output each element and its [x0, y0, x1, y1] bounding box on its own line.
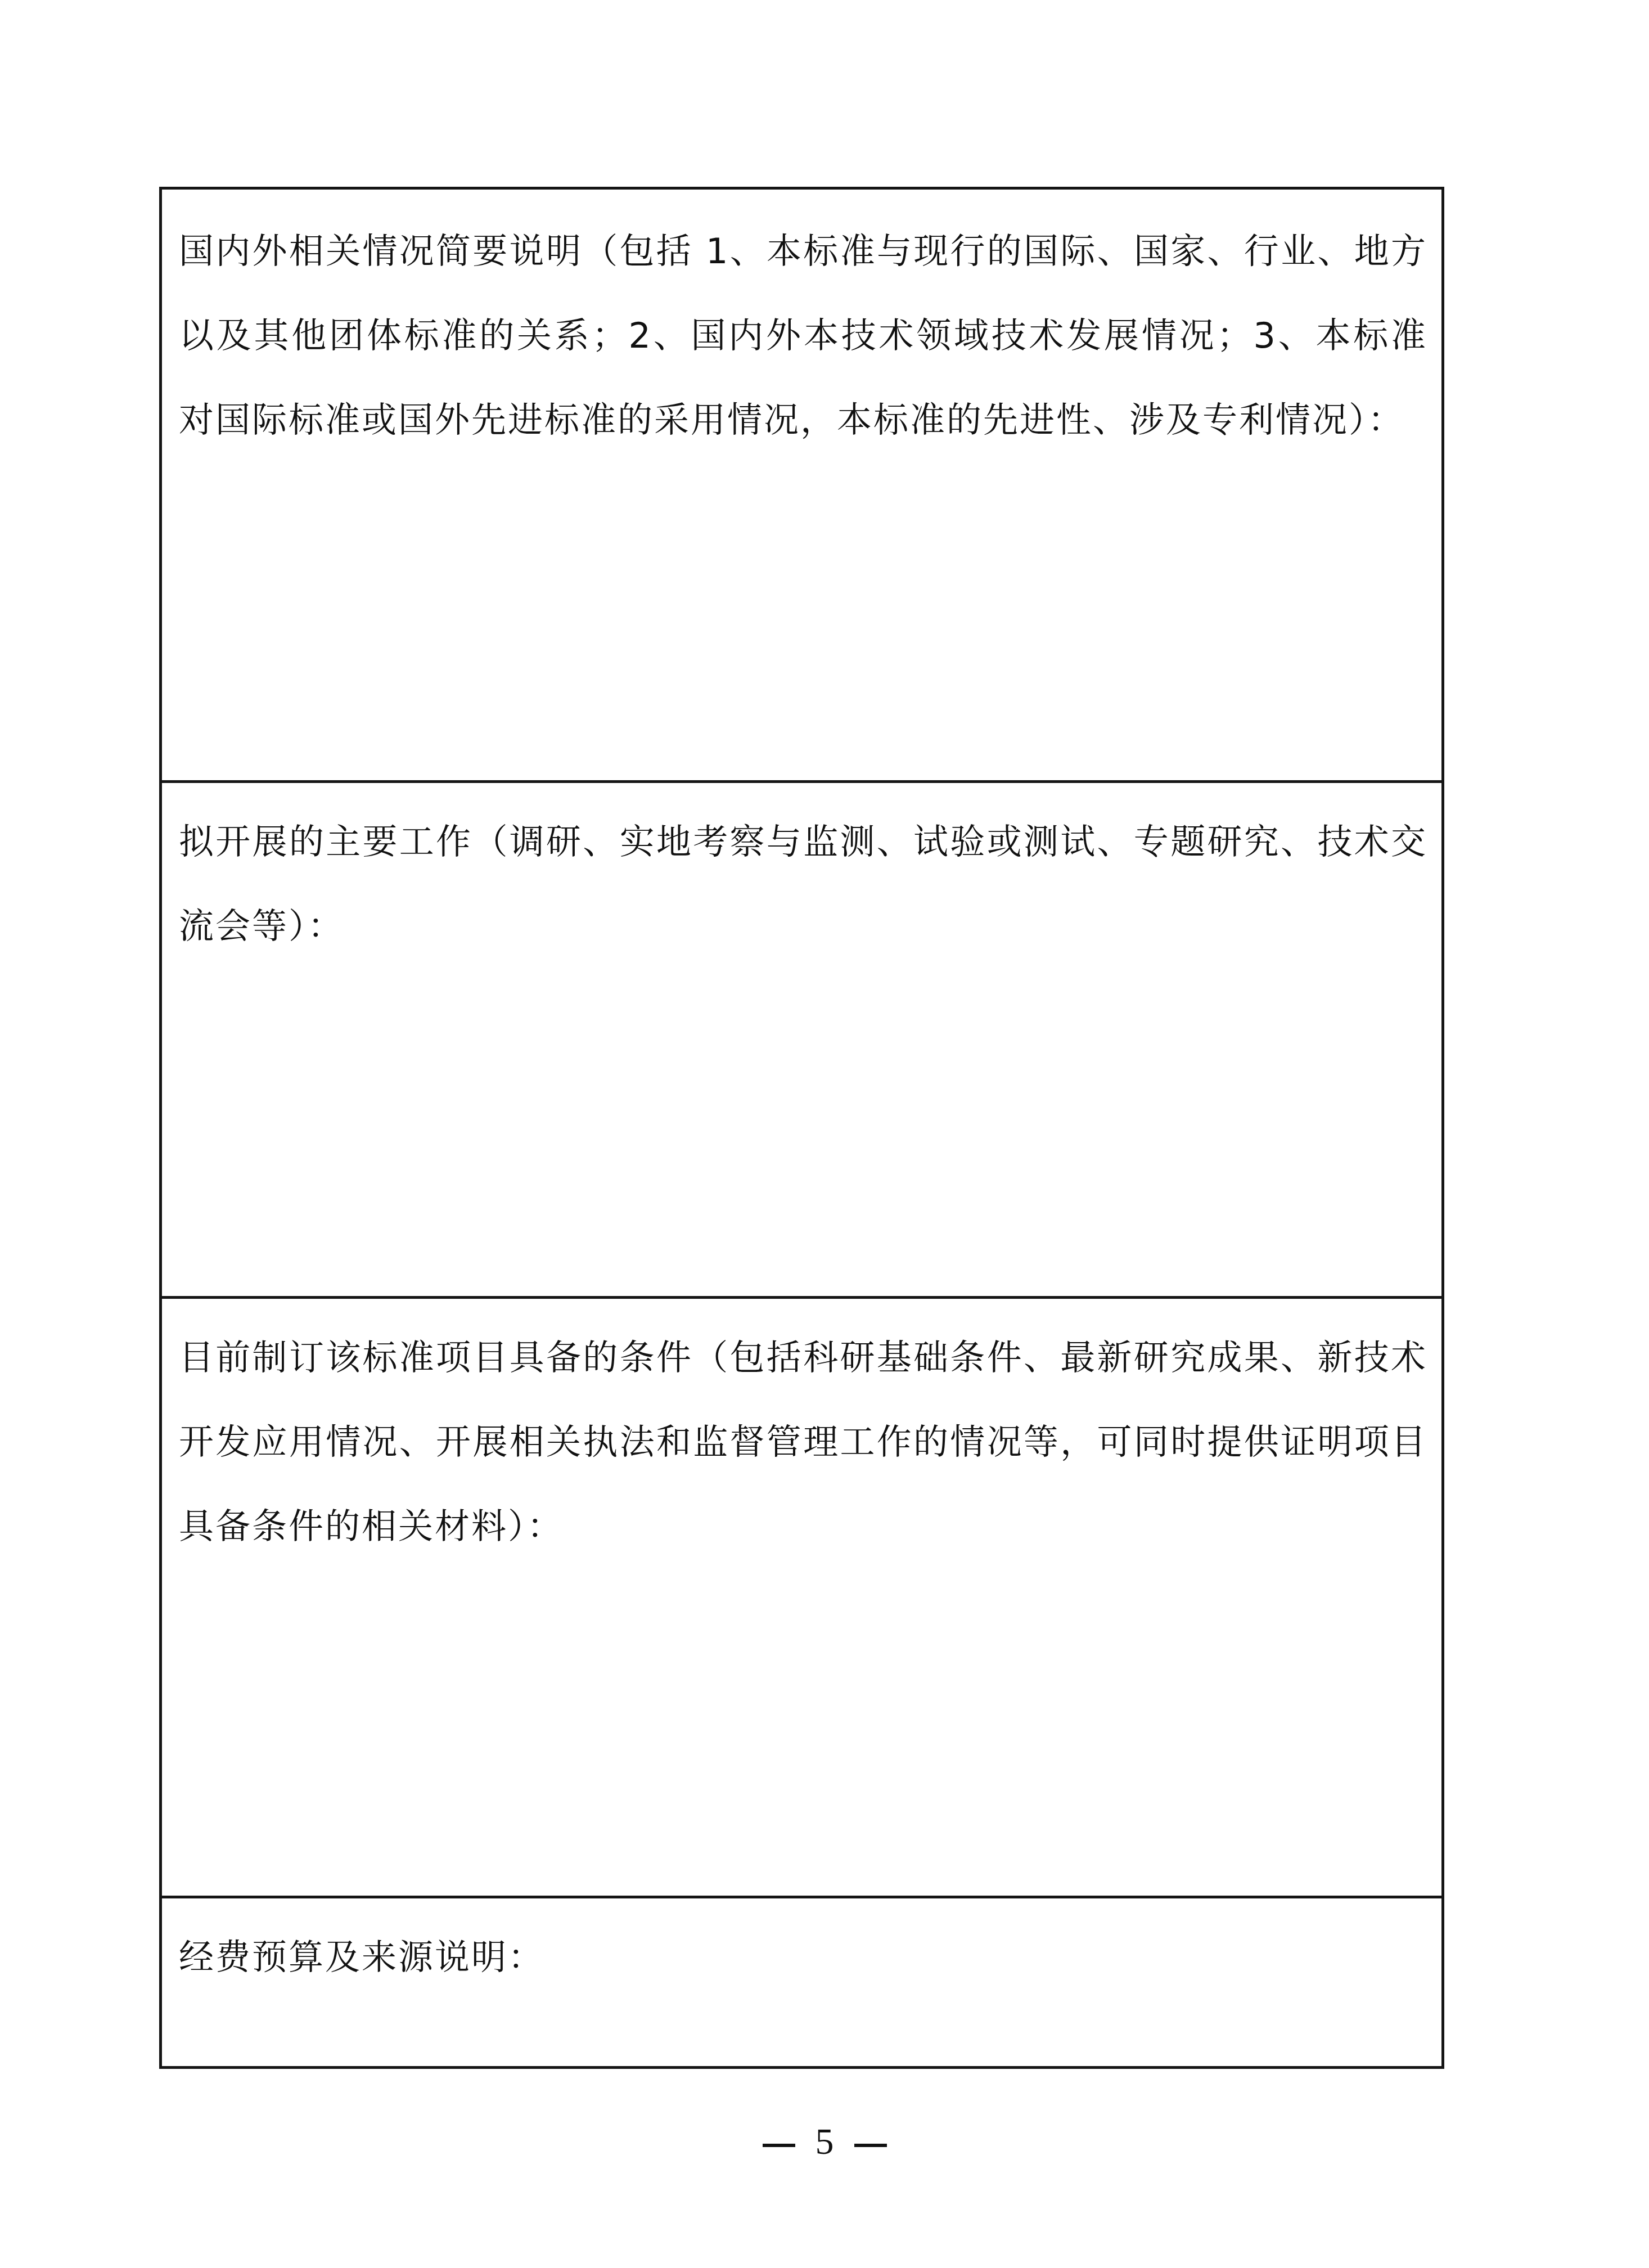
application-form-table: 国内外相关情况简要说明（包括 1、本标准与现行的国际、国家、行业、地方以及其他团… — [159, 187, 1444, 2069]
form-row-budget-source: 经费预算及来源说明： — [162, 1898, 1441, 2066]
form-row-domestic-international-situation: 国内外相关情况简要说明（包括 1、本标准与现行的国际、国家、行业、地方以及其他团… — [162, 190, 1441, 783]
dash-right — [854, 2144, 887, 2147]
form-row-planned-main-work: 拟开展的主要工作（调研、实地考察与监测、试验或测试、专题研究、技术交流会等）： — [162, 783, 1441, 1299]
row-label: 目前制订该标准项目具备的条件（包括科研基础条件、最新研究成果、新技术开发应用情况… — [179, 1316, 1427, 1569]
dash-left — [763, 2144, 795, 2147]
page-number: 5 — [816, 2121, 834, 2162]
page-footer: 5 — [0, 2121, 1649, 2163]
row-label: 国内外相关情况简要说明（包括 1、本标准与现行的国际、国家、行业、地方以及其他团… — [179, 209, 1427, 462]
row-label: 经费预算及来源说明： — [179, 1915, 1427, 2000]
row-label: 拟开展的主要工作（调研、实地考察与监测、试验或测试、专题研究、技术交流会等）： — [179, 800, 1427, 969]
form-row-current-conditions: 目前制订该标准项目具备的条件（包括科研基础条件、最新研究成果、新技术开发应用情况… — [162, 1299, 1441, 1898]
